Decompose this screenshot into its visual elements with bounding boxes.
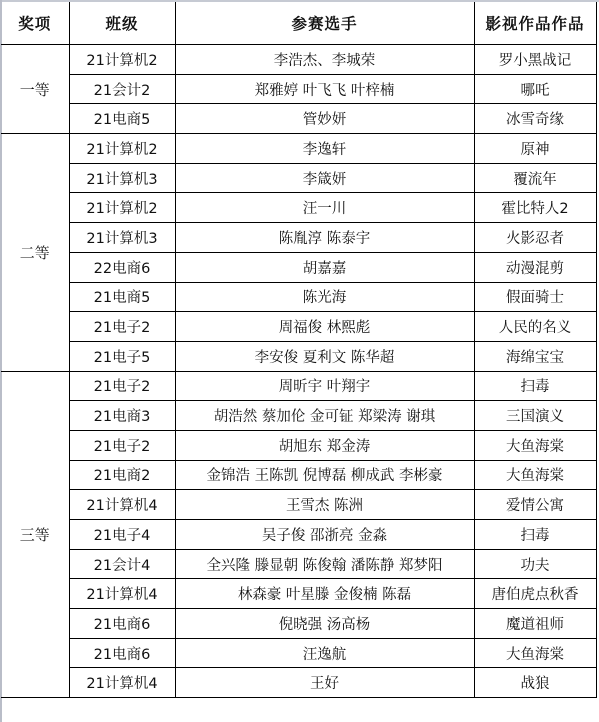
players-cell: 吴子俊 邵浙亮 金淼 (175, 520, 474, 550)
header-players: 参赛选手 (175, 2, 474, 45)
players-cell: 陈胤淳 陈泰宇 (175, 223, 474, 253)
class-cell: 21会计2 (69, 74, 175, 104)
players-cell: 王好 (175, 668, 474, 698)
header-class: 班级 (69, 2, 175, 45)
class-cell: 21电商3 (69, 401, 175, 431)
header-prize: 奖项 (1, 2, 69, 45)
table-row: 21计算机3李箴妍覆流年 (1, 163, 596, 193)
header-work: 影视作品作品 (474, 2, 596, 45)
table-row: 21计算机4王好战狼 (1, 668, 596, 698)
prize-level-cell: 一等 (1, 45, 69, 134)
table-row: 21电子5李安俊 夏利文 陈华超海绵宝宝 (1, 341, 596, 371)
players-cell: 郑雅婷 叶飞飞 叶梓楠 (175, 74, 474, 104)
work-cell: 动漫混剪 (474, 252, 596, 282)
table-row: 三等21电子2周昕宇 叶翔宇扫毒 (1, 371, 596, 401)
table-row: 21电商5管妙妍冰雪奇缘 (1, 104, 596, 134)
players-cell: 胡浩然 蔡加伦 金可钲 郑梁涛 谢琪 (175, 401, 474, 431)
work-cell: 功夫 (474, 549, 596, 579)
class-cell: 21电子2 (69, 371, 175, 401)
players-cell: 全兴隆 滕显朝 陈俊翰 潘陈静 郑梦阳 (175, 549, 474, 579)
players-cell: 倪晓强 汤高杨 (175, 609, 474, 639)
table-row: 21计算机3陈胤淳 陈泰宇火影忍者 (1, 223, 596, 253)
work-cell: 海绵宝宝 (474, 341, 596, 371)
awards-table: 奖项 班级 参赛选手 影视作品作品 一等21计算机2李浩杰、李城荣罗小黑战记21… (1, 2, 597, 698)
players-cell: 李安俊 夏利文 陈华超 (175, 341, 474, 371)
class-cell: 21电子5 (69, 341, 175, 371)
table-row: 一等21计算机2李浩杰、李城荣罗小黑战记 (1, 45, 596, 75)
players-cell: 李逸轩 (175, 134, 474, 164)
table-row: 21计算机4王雪杰 陈洲爱情公寓 (1, 490, 596, 520)
table-row: 21会计4全兴隆 滕显朝 陈俊翰 潘陈静 郑梦阳功夫 (1, 549, 596, 579)
players-cell: 汪逸航 (175, 638, 474, 668)
class-cell: 21计算机2 (69, 193, 175, 223)
players-cell: 汪一川 (175, 193, 474, 223)
work-cell: 原神 (474, 134, 596, 164)
class-cell: 21电子2 (69, 430, 175, 460)
table-row: 21电子2胡旭东 郑金涛大鱼海棠 (1, 430, 596, 460)
work-cell: 唐伯虎点秋香 (474, 579, 596, 609)
work-cell: 火影忍者 (474, 223, 596, 253)
work-cell: 冰雪奇缘 (474, 104, 596, 134)
work-cell: 霍比特人2 (474, 193, 596, 223)
players-cell: 周福俊 林熙彪 (175, 312, 474, 342)
class-cell: 21电商2 (69, 460, 175, 490)
work-cell: 扫毒 (474, 520, 596, 550)
prize-level-cell: 二等 (1, 134, 69, 372)
work-cell: 人民的名义 (474, 312, 596, 342)
table-row: 21计算机4林森豪 叶星滕 金俊楠 陈磊唐伯虎点秋香 (1, 579, 596, 609)
table-row: 21会计2郑雅婷 叶飞飞 叶梓楠哪吒 (1, 74, 596, 104)
table-row: 21电商3胡浩然 蔡加伦 金可钲 郑梁涛 谢琪三国演义 (1, 401, 596, 431)
players-cell: 金锦浩 王陈凯 倪博磊 柳成武 李彬豪 (175, 460, 474, 490)
players-cell: 管妙妍 (175, 104, 474, 134)
class-cell: 21电商6 (69, 609, 175, 639)
work-cell: 三国演义 (474, 401, 596, 431)
work-cell: 大鱼海棠 (474, 460, 596, 490)
header-row: 奖项 班级 参赛选手 影视作品作品 (1, 2, 596, 45)
class-cell: 21计算机2 (69, 45, 175, 75)
work-cell: 罗小黑战记 (474, 45, 596, 75)
work-cell: 大鱼海棠 (474, 430, 596, 460)
work-cell: 覆流年 (474, 163, 596, 193)
class-cell: 21电子2 (69, 312, 175, 342)
work-cell: 假面骑士 (474, 282, 596, 312)
class-cell: 21计算机3 (69, 223, 175, 253)
class-cell: 21会计4 (69, 549, 175, 579)
table-row: 21电商6倪晓强 汤高杨魔道祖师 (1, 609, 596, 639)
players-cell: 胡嘉嘉 (175, 252, 474, 282)
work-cell: 扫毒 (474, 371, 596, 401)
players-cell: 李浩杰、李城荣 (175, 45, 474, 75)
players-cell: 林森豪 叶星滕 金俊楠 陈磊 (175, 579, 474, 609)
work-cell: 哪吒 (474, 74, 596, 104)
players-cell: 陈光海 (175, 282, 474, 312)
table-row: 21电商5陈光海假面骑士 (1, 282, 596, 312)
table-row: 21电子4吴子俊 邵浙亮 金淼扫毒 (1, 520, 596, 550)
class-cell: 21电商6 (69, 638, 175, 668)
class-cell: 21电商5 (69, 282, 175, 312)
table-row: 21电商6汪逸航大鱼海棠 (1, 638, 596, 668)
table-row: 21电子2周福俊 林熙彪人民的名义 (1, 312, 596, 342)
class-cell: 22电商6 (69, 252, 175, 282)
class-cell: 21计算机4 (69, 579, 175, 609)
table-row: 21电商2金锦浩 王陈凯 倪博磊 柳成武 李彬豪大鱼海棠 (1, 460, 596, 490)
players-cell: 李箴妍 (175, 163, 474, 193)
players-cell: 胡旭东 郑金涛 (175, 430, 474, 460)
class-cell: 21计算机3 (69, 163, 175, 193)
table-row: 21计算机2汪一川霍比特人2 (1, 193, 596, 223)
class-cell: 21计算机2 (69, 134, 175, 164)
class-cell: 21计算机4 (69, 668, 175, 698)
work-cell: 战狼 (474, 668, 596, 698)
table-row: 二等21计算机2李逸轩原神 (1, 134, 596, 164)
work-cell: 大鱼海棠 (474, 638, 596, 668)
prize-level-cell: 三等 (1, 371, 69, 698)
players-cell: 周昕宇 叶翔宇 (175, 371, 474, 401)
class-cell: 21电子4 (69, 520, 175, 550)
table-body: 一等21计算机2李浩杰、李城荣罗小黑战记21会计2郑雅婷 叶飞飞 叶梓楠哪吒21… (1, 45, 596, 698)
players-cell: 王雪杰 陈洲 (175, 490, 474, 520)
work-cell: 爱情公寓 (474, 490, 596, 520)
class-cell: 21电商5 (69, 104, 175, 134)
work-cell: 魔道祖师 (474, 609, 596, 639)
table-row: 22电商6胡嘉嘉动漫混剪 (1, 252, 596, 282)
class-cell: 21计算机4 (69, 490, 175, 520)
